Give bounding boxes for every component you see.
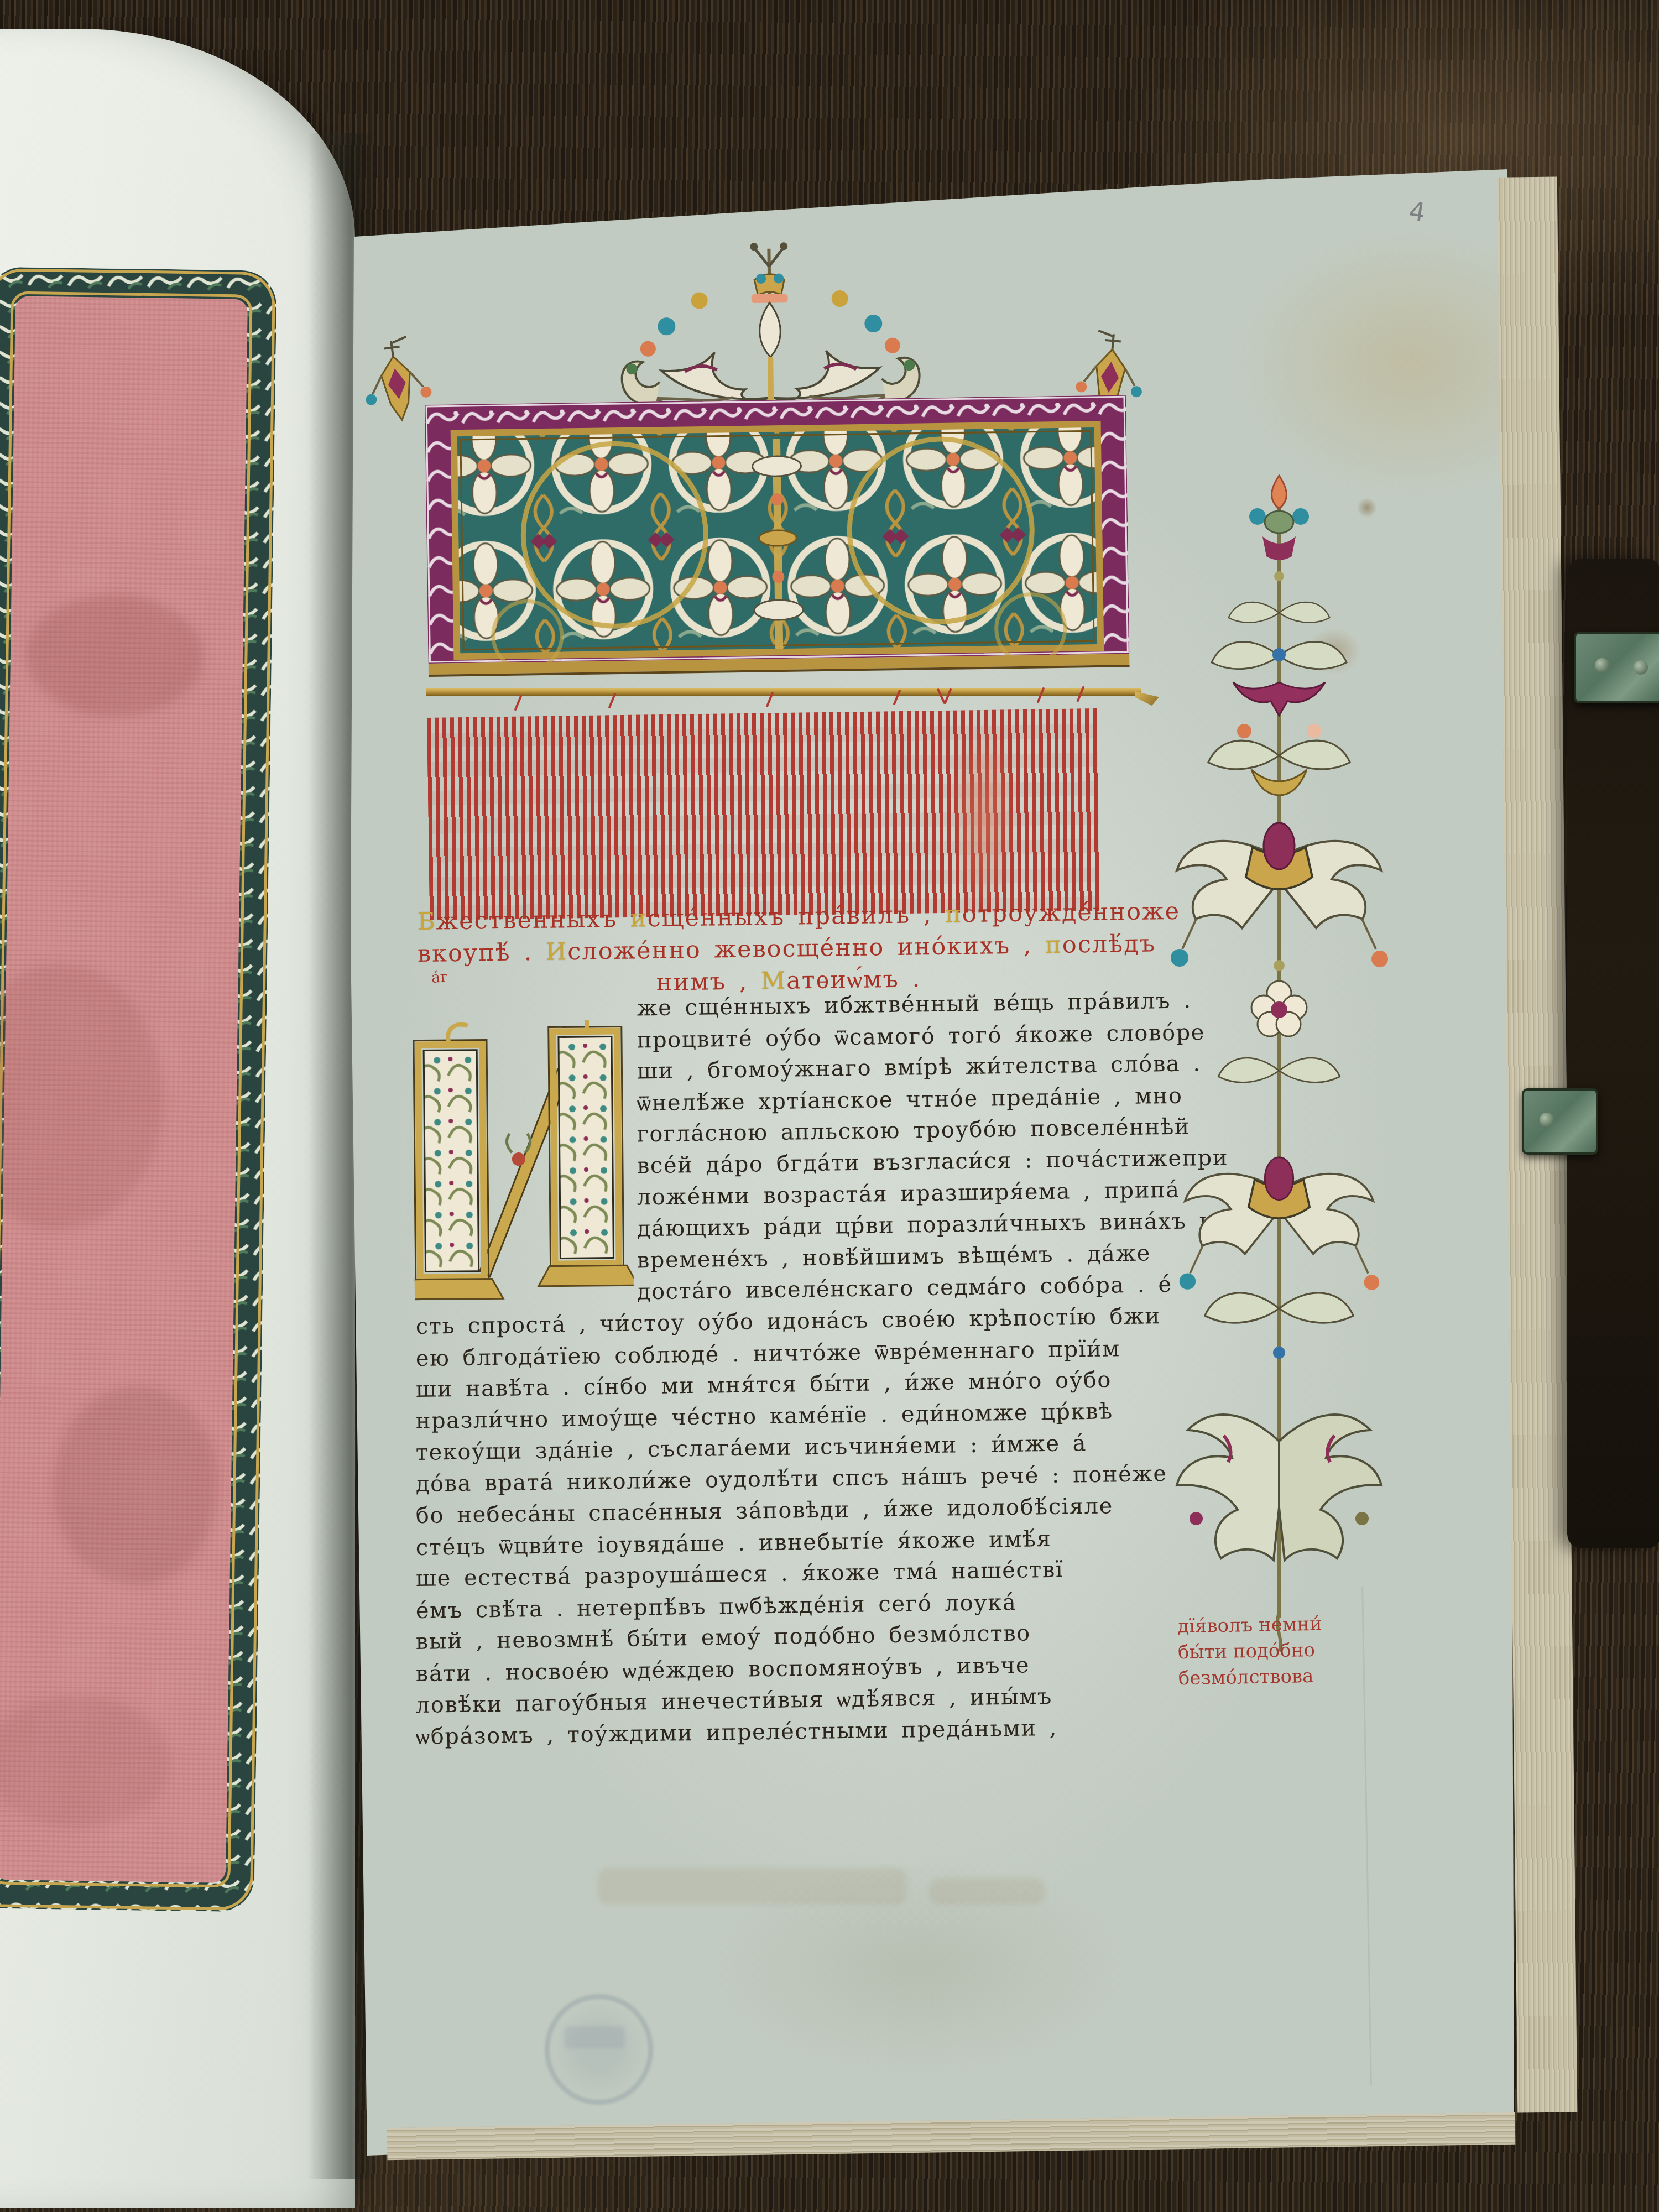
silk-panel bbox=[0, 267, 277, 1912]
silk-border-ornament bbox=[0, 267, 277, 1912]
clasp-rivet bbox=[1595, 658, 1609, 672]
red-gloss: а́г bbox=[431, 968, 448, 987]
margin-note: дїя́волъ немни́ бы́ти подо́бно безмо́лст… bbox=[1177, 1611, 1323, 1692]
margin-note-line: дїя́волъ немни́ bbox=[1177, 1611, 1322, 1640]
margin-note-line: безмо́лствова bbox=[1178, 1663, 1323, 1692]
library-stamp-text-blur bbox=[564, 2026, 625, 2048]
metal-clasp-bottom bbox=[1522, 1088, 1598, 1155]
gold-rule bbox=[426, 688, 1141, 696]
headpiece bbox=[425, 395, 1130, 687]
margin-floral-ornament bbox=[1160, 468, 1398, 1662]
metal-clasp-top bbox=[1574, 632, 1659, 703]
headpiece-crest-ornament bbox=[600, 229, 940, 416]
margin-note-line: бы́ти подо́бно bbox=[1178, 1637, 1323, 1666]
library-stamp bbox=[545, 1994, 653, 2105]
ink-smudge bbox=[950, 719, 1016, 918]
clasp-rivet bbox=[1540, 1113, 1554, 1127]
photo-of-manuscript: 4 bbox=[0, 0, 1659, 2212]
ink-bleedthrough bbox=[929, 1878, 1045, 1905]
leather-cover-edge bbox=[1567, 559, 1659, 1548]
clasp-rivet bbox=[1634, 660, 1648, 675]
body-text: же сще́нныхъ ибжтве́нный ве́щь пра́вилъ … bbox=[416, 999, 1171, 1755]
ink-bleedthrough bbox=[597, 1868, 907, 1905]
